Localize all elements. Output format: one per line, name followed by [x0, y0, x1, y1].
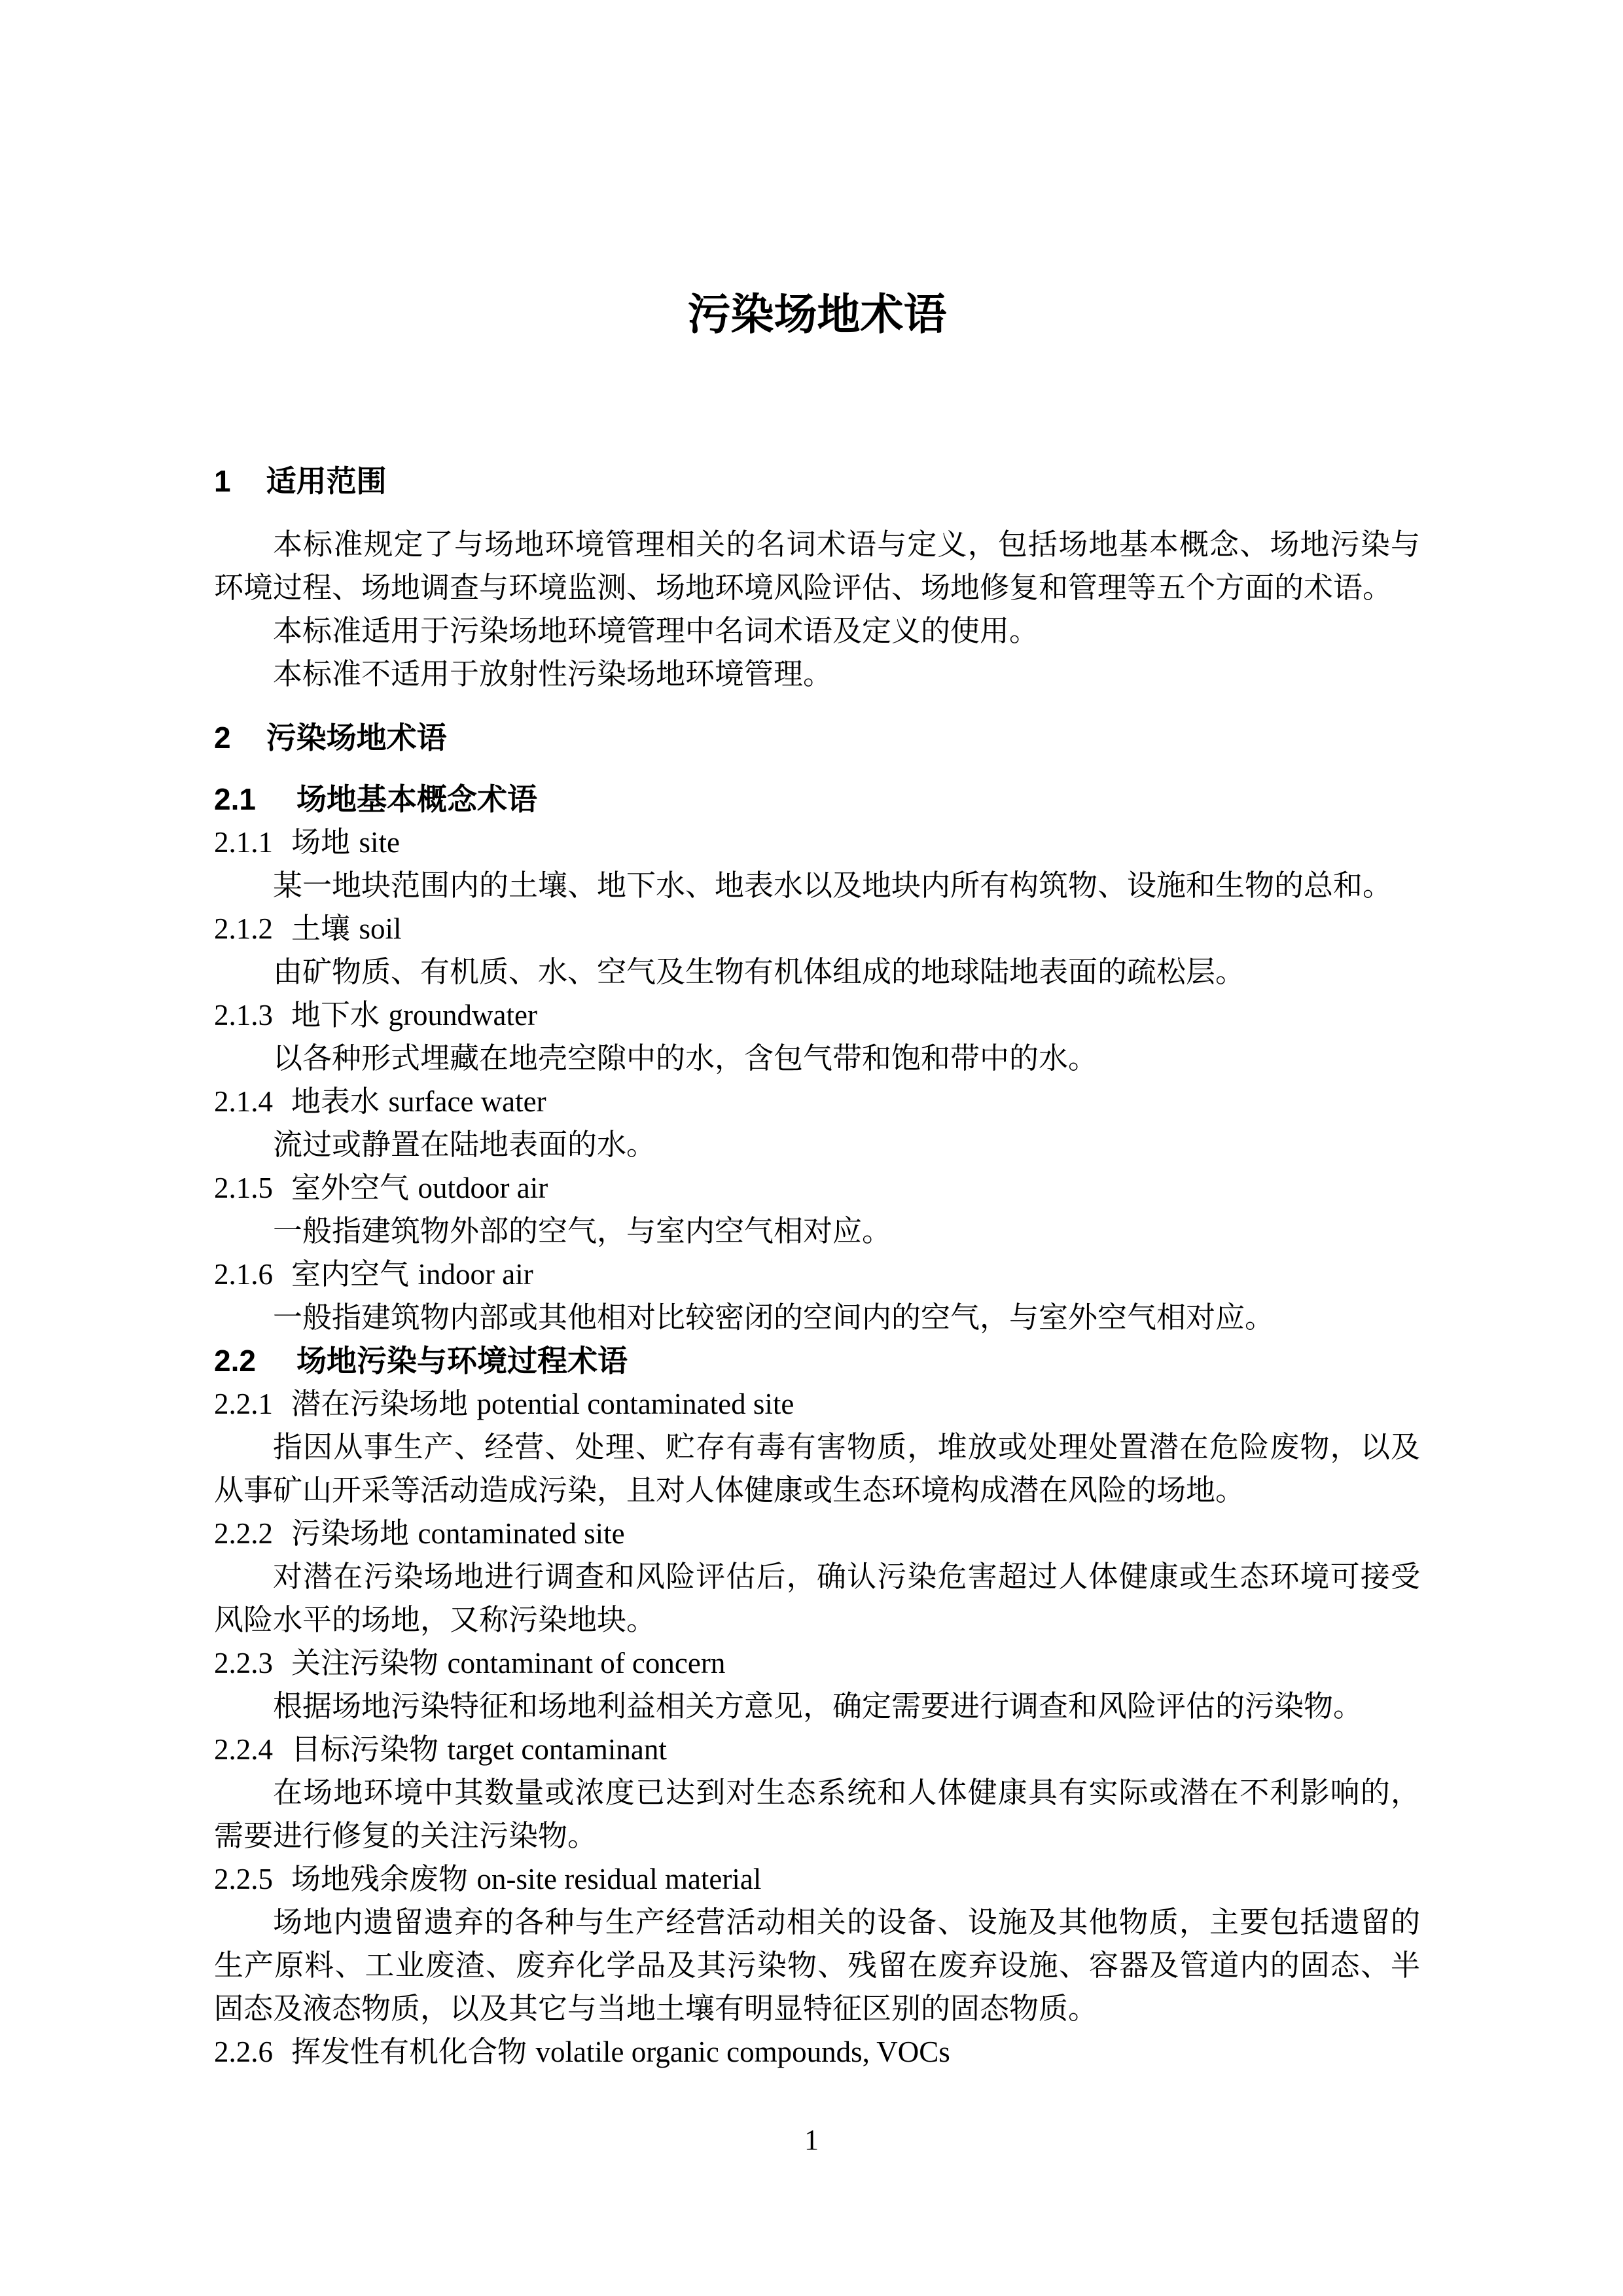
section-terms-heading: 2污染场地术语	[214, 716, 1420, 759]
term-heading: 2.1.1场地site	[214, 821, 1420, 864]
subsection-pollution-process-title: 场地污染与环境过程术语	[296, 1344, 628, 1378]
term-entry-groundwater: 2.1.3地下水groundwater 以各种形式埋藏在地壳空隙中的水，含包气带…	[214, 994, 1420, 1080]
term-heading: 2.1.5室外空气outdoor air	[214, 1166, 1420, 1210]
term-definition: 场地内遗留遗弃的各种与生产经营活动相关的设备、设施及其他物质，主要包括遗留的生产…	[214, 1901, 1420, 2030]
term-name-en: surface water	[389, 1085, 546, 1118]
term-name-zh: 关注污染物	[291, 1647, 438, 1679]
term-number: 2.1.5	[214, 1172, 273, 1204]
term-name-en: volatile organic compounds, VOCs	[536, 2036, 950, 2068]
section-scope: 1适用范围 本标准规定了与场地环境管理相关的名词术语与定义，包括场地基本概念、场…	[214, 459, 1420, 696]
term-number: 2.1.2	[214, 912, 273, 945]
term-entry-target-contaminant: 2.2.4目标污染物target contaminant 在场地环境中其数量或浓…	[214, 1728, 1420, 1857]
scope-paragraph-1: 本标准规定了与场地环境管理相关的名词术语与定义，包括场地基本概念、场地污染与环境…	[214, 523, 1420, 609]
document-page: 污染场地术语 1适用范围 本标准规定了与场地环境管理相关的名词术语与定义，包括场…	[0, 0, 1623, 2296]
term-heading: 2.1.6室内空气indoor air	[214, 1253, 1420, 1296]
term-name-en: contaminant of concern	[448, 1647, 726, 1679]
term-definition: 根据场地污染特征和场地利益相关方意见，确定需要进行调查和风险评估的污染物。	[214, 1685, 1420, 1728]
term-name-zh: 室外空气	[291, 1172, 409, 1204]
term-heading: 2.1.2土壤soil	[214, 907, 1420, 950]
page-number: 1	[0, 2121, 1623, 2160]
subsection-pollution-process-heading: 2.2场地污染与环境过程术语	[214, 1339, 1420, 1382]
subsection-basic-concepts-heading: 2.1场地基本概念术语	[214, 778, 1420, 821]
term-name-en: outdoor air	[418, 1172, 548, 1204]
term-entry-potential-contaminated-site: 2.2.1潜在污染场地potential contaminated site 指…	[214, 1382, 1420, 1512]
term-name-zh: 污染场地	[291, 1517, 409, 1550]
term-number: 2.2.1	[214, 1388, 273, 1420]
section-scope-heading: 1适用范围	[214, 459, 1420, 503]
section-terms-number: 2	[214, 721, 231, 755]
term-entry-indoor-air: 2.1.6室内空气indoor air 一般指建筑物内部或其他相对比较密闭的空间…	[214, 1253, 1420, 1339]
term-number: 2.2.5	[214, 1863, 273, 1895]
term-definition: 在场地环境中其数量或浓度已达到对生态系统和人体健康具有实际或潜在不利影响的，需要…	[214, 1771, 1420, 1857]
section-scope-number: 1	[214, 464, 231, 498]
term-heading: 2.1.4地表水surface water	[214, 1080, 1420, 1123]
term-name-en: indoor air	[418, 1258, 533, 1291]
section-terms-title: 污染场地术语	[266, 721, 447, 755]
term-name-zh: 地表水	[291, 1085, 380, 1118]
term-number: 2.1.3	[214, 999, 273, 1031]
term-entry-soil: 2.1.2土壤soil 由矿物质、有机质、水、空气及生物有机体组成的地球陆地表面…	[214, 907, 1420, 994]
term-name-zh: 挥发性有机化合物	[291, 2036, 527, 2068]
subsection-pollution-process-number: 2.2	[214, 1344, 256, 1378]
term-name-zh: 潜在污染场地	[291, 1388, 468, 1420]
term-name-en: target contaminant	[448, 1733, 667, 1766]
term-number: 2.1.4	[214, 1085, 273, 1118]
term-name-en: on-site residual material	[477, 1863, 762, 1895]
term-entry-contaminated-site: 2.2.2污染场地contaminated site 对潜在污染场地进行调查和风…	[214, 1512, 1420, 1641]
term-name-en: contaminated site	[418, 1517, 625, 1550]
subsection-basic-concepts-number: 2.1	[214, 782, 256, 816]
term-name-zh: 室内空气	[291, 1258, 409, 1291]
term-definition: 一般指建筑物外部的空气，与室内空气相对应。	[214, 1210, 1420, 1253]
term-name-en: site	[359, 826, 401, 859]
term-entry-contaminant-of-concern: 2.2.3关注污染物contaminant of concern 根据场地污染特…	[214, 1641, 1420, 1728]
term-definition: 指因从事生产、经营、处理、贮存有毒有害物质，堆放或处理处置潜在危险废物，以及从事…	[214, 1426, 1420, 1512]
term-number: 2.2.3	[214, 1647, 273, 1679]
section-terms: 2污染场地术语 2.1场地基本概念术语 2.1.1场地site 某一地块范围内的…	[214, 716, 1420, 2073]
term-definition: 对潜在污染场地进行调查和风险评估后，确认污染危害超过人体健康或生态环境可接受风险…	[214, 1555, 1420, 1641]
term-number: 2.1.1	[214, 826, 273, 859]
term-name-zh: 场地	[291, 826, 350, 859]
scope-paragraph-3: 本标准不适用于放射性污染场地环境管理。	[214, 653, 1420, 696]
term-heading: 2.2.3关注污染物contaminant of concern	[214, 1641, 1420, 1685]
document-title: 污染场地术语	[214, 291, 1420, 337]
term-heading: 2.2.4目标污染物target contaminant	[214, 1728, 1420, 1771]
term-entry-surface-water: 2.1.4地表水surface water 流过或静置在陆地表面的水。	[214, 1080, 1420, 1166]
term-definition: 由矿物质、有机质、水、空气及生物有机体组成的地球陆地表面的疏松层。	[214, 950, 1420, 994]
term-definition: 一般指建筑物内部或其他相对比较密闭的空间内的空气，与室外空气相对应。	[214, 1296, 1420, 1339]
subsection-basic-concepts-title: 场地基本概念术语	[296, 782, 537, 816]
term-entry-on-site-residual-material: 2.2.5场地残余废物on-site residual material 场地内…	[214, 1857, 1420, 2030]
term-name-en: groundwater	[389, 999, 537, 1031]
term-name-zh: 目标污染物	[291, 1733, 438, 1766]
term-definition: 以各种形式埋藏在地壳空隙中的水，含包气带和饱和带中的水。	[214, 1037, 1420, 1080]
term-name-zh: 场地残余废物	[291, 1863, 468, 1895]
term-name-zh: 土壤	[291, 912, 350, 945]
term-name-zh: 地下水	[291, 999, 380, 1031]
term-number: 2.2.4	[214, 1733, 273, 1766]
term-name-en: potential contaminated site	[477, 1388, 794, 1420]
term-heading: 2.2.1潜在污染场地potential contaminated site	[214, 1382, 1420, 1426]
term-entry-outdoor-air: 2.1.5室外空气outdoor air 一般指建筑物外部的空气，与室内空气相对…	[214, 1166, 1420, 1253]
term-number: 2.2.2	[214, 1517, 273, 1550]
term-heading: 2.2.6挥发性有机化合物volatile organic compounds,…	[214, 2030, 1420, 2073]
term-name-en: soil	[359, 912, 402, 945]
term-number: 2.1.6	[214, 1258, 273, 1291]
term-definition: 流过或静置在陆地表面的水。	[214, 1123, 1420, 1166]
term-heading: 2.2.5场地残余废物on-site residual material	[214, 1857, 1420, 1901]
term-definition: 某一地块范围内的土壤、地下水、地表水以及地块内所有构筑物、设施和生物的总和。	[214, 864, 1420, 907]
term-heading: 2.2.2污染场地contaminated site	[214, 1512, 1420, 1555]
section-scope-title: 适用范围	[266, 464, 387, 498]
term-heading: 2.1.3地下水groundwater	[214, 994, 1420, 1037]
term-entry-site: 2.1.1场地site 某一地块范围内的土壤、地下水、地表水以及地块内所有构筑物…	[214, 821, 1420, 907]
term-entry-vocs: 2.2.6挥发性有机化合物volatile organic compounds,…	[214, 2030, 1420, 2073]
scope-paragraph-2: 本标准适用于污染场地环境管理中名词术语及定义的使用。	[214, 609, 1420, 653]
term-number: 2.2.6	[214, 2036, 273, 2068]
